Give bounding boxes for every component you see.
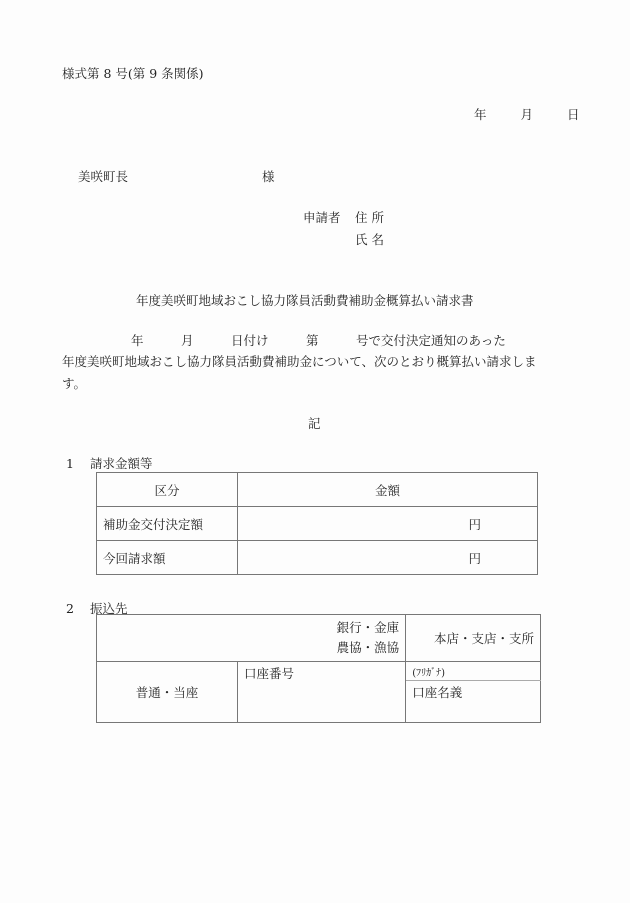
header-amount: 金額	[238, 473, 538, 507]
date-year: 年	[474, 105, 487, 123]
name-label: 氏 名	[355, 230, 384, 248]
body-text-line-3: す。	[62, 374, 86, 392]
account-row: 普通・当座 口座番号 (ﾌﾘｶﾞﾅ)	[97, 662, 541, 681]
addressee-name: 美咲町長	[78, 167, 128, 185]
table-row: 補助金交付決定額 円	[97, 507, 538, 541]
branch-name-field[interactable]: 本店・支店・支所	[406, 615, 541, 662]
furigana-field[interactable]: (ﾌﾘｶﾞﾅ)	[406, 662, 541, 681]
claim-amount-field[interactable]: 円	[238, 541, 538, 575]
account-type-field[interactable]: 普通・当座	[97, 662, 238, 723]
table-header-row: 区分 金額	[97, 473, 538, 507]
bank-row: 銀行・金庫 農協・漁協 本店・支店・支所	[97, 615, 541, 662]
section-1-title: 請求金額等	[90, 456, 153, 471]
body-text-line-2: 年度美咲町地域おこし協力隊員活動費補助金について、次のとおり概算払い請求しま	[62, 352, 537, 370]
account-number-field[interactable]: 口座番号	[238, 662, 406, 723]
date-month: 月	[520, 105, 533, 123]
row-label-claim-amount: 今回請求額	[97, 541, 238, 575]
address-label: 住 所	[355, 208, 384, 226]
table-row: 今回請求額 円	[97, 541, 538, 575]
section-2-number: 2	[66, 601, 90, 616]
date-day: 日	[567, 105, 580, 123]
row-label-decided-amount: 補助金交付決定額	[97, 507, 238, 541]
header-category: 区分	[97, 473, 238, 507]
bank-name-field[interactable]: 銀行・金庫 農協・漁協	[97, 615, 406, 662]
transfer-destination-table: 銀行・金庫 農協・漁協 本店・支店・支所 普通・当座 口座番号 (ﾌﾘｶﾞﾅ) …	[96, 614, 541, 723]
form-number: 様式第 8 号(第 9 条関係)	[62, 64, 204, 82]
applicant-label: 申請者	[303, 208, 341, 226]
decided-amount-field[interactable]: 円	[238, 507, 538, 541]
body-text-line-1: 年 月 日付け 第 号で交付決定通知のあった	[131, 331, 506, 349]
document-title: 年度美咲町地域おこし協力隊員活動費補助金概算払い請求書	[136, 291, 474, 309]
section-1-number: 1	[66, 456, 90, 471]
account-holder-field[interactable]: 口座名義	[406, 681, 541, 723]
addressee-honorific: 様	[262, 167, 275, 185]
ki-heading: 記	[308, 414, 321, 432]
bank-types-line-1: 銀行・金庫	[103, 618, 399, 638]
date-line: 年 月 日	[474, 105, 579, 123]
bank-types-line-2: 農協・漁協	[103, 638, 399, 658]
section-1-heading: 1請求金額等	[66, 454, 153, 472]
claim-amount-table: 区分 金額 補助金交付決定額 円 今回請求額 円	[96, 472, 538, 575]
